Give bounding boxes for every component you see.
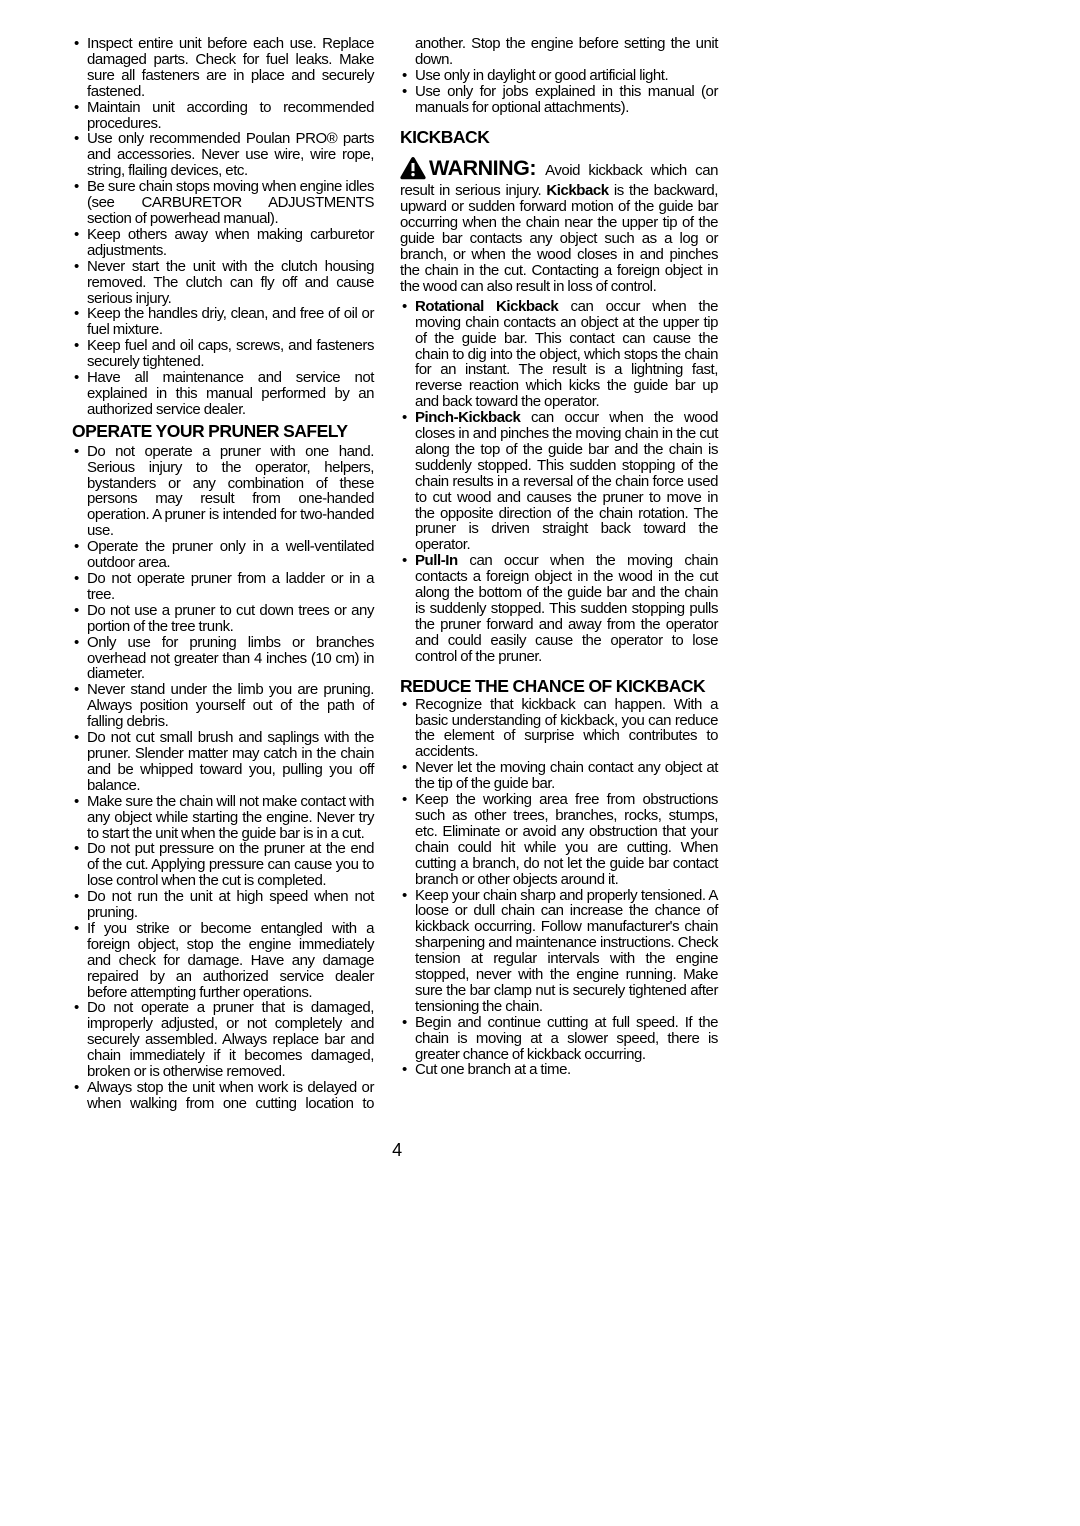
list-item: Make sure the chain will not make contac…	[87, 794, 374, 842]
list-item: Keep the working area free from obstruct…	[415, 792, 718, 887]
list-item: Keep your chain sharp and properly tensi…	[415, 888, 718, 1015]
list-item: Always stop the unit when work is delaye…	[87, 1080, 374, 1112]
kickback-type-text: can occur when the moving chain contacts…	[415, 552, 718, 664]
list-item: Cut one branch at a time.	[415, 1062, 718, 1078]
list-item: Do not cut small brush and saplings with…	[87, 730, 374, 794]
left-column: Inspect entire unit before each use. Rep…	[72, 36, 374, 1112]
continuation-paragraph: another. Stop the engine before setting …	[400, 36, 718, 68]
general-safety-list: Inspect entire unit before each use. Rep…	[72, 36, 374, 418]
list-item: Maintain unit according to recommended p…	[87, 100, 374, 132]
kickback-type-term: Rotational Kickback	[415, 298, 558, 315]
right-column: another. Stop the engine before setting …	[400, 36, 718, 1078]
list-item: Be sure chain stops moving when engine i…	[87, 179, 374, 227]
kickback-type-text: can occur when the moving chain contacts…	[415, 298, 718, 410]
warning-paragraph: WARNING:Avoid kickback which can result …	[400, 156, 718, 295]
kickback-heading: KICKBACK	[400, 127, 718, 147]
kickback-types-list: Rotational Kickback can occur when the m…	[400, 299, 718, 665]
list-item: Do not run the unit at high speed when n…	[87, 889, 374, 921]
kickback-type-term: Pinch-Kickback	[415, 409, 520, 426]
kickback-type-term: Pull-In	[415, 552, 458, 569]
list-item: Pinch-Kickback can occur when the wood c…	[415, 410, 718, 553]
warning-label: WARNING:	[429, 156, 536, 180]
list-item: Rotational Kickback can occur when the m…	[415, 299, 718, 410]
list-item: Use only recommended Poulan PRO® parts a…	[87, 131, 374, 179]
list-item: Do not operate a pruner with one hand. S…	[87, 444, 374, 539]
reduce-kickback-heading: REDUCE THE CHANCE OF KICKBACK	[400, 676, 718, 696]
reduce-kickback-list: Recognize that kickback can happen. With…	[400, 697, 718, 1079]
list-item: Never stand under the limb you are pruni…	[87, 682, 374, 730]
list-item: Do not put pressure on the pruner at the…	[87, 841, 374, 889]
list-item: Do not operate pruner from a ladder or i…	[87, 571, 374, 603]
list-item: Keep others away when making carburetor …	[87, 227, 374, 259]
list-item: Do not use a pruner to cut down trees or…	[87, 603, 374, 635]
page-number: 4	[347, 1140, 447, 1161]
list-item: Never let the moving chain contact any o…	[415, 760, 718, 792]
list-item: Pull-In can occur when the moving chain …	[415, 553, 718, 664]
usage-list: Use only in daylight or good artificial …	[400, 68, 718, 116]
list-item: Keep the handles driy, clean, and free o…	[87, 306, 374, 338]
list-item: Keep fuel and oil caps, screws, and fast…	[87, 338, 374, 370]
list-item: Operate the pruner only in a well-ventil…	[87, 539, 374, 571]
manual-page: Inspect entire unit before each use. Rep…	[0, 0, 1080, 1526]
list-item: Recognize that kickback can happen. With…	[415, 697, 718, 761]
operate-safely-heading: OPERATE YOUR PRUNER SAFELY	[72, 421, 374, 441]
list-item: Do not operate a pruner that is damaged,…	[87, 1000, 374, 1080]
list-item: Use only in daylight or good artificial …	[415, 68, 718, 84]
list-item: Never start the unit with the clutch hou…	[87, 259, 374, 307]
kickback-type-text: can occur when the wood closes in and pi…	[415, 409, 718, 553]
list-item: Inspect entire unit before each use. Rep…	[87, 36, 374, 100]
list-item: If you strike or become entangled with a…	[87, 921, 374, 1001]
list-item: Have all maintenance and service not exp…	[87, 370, 374, 418]
operate-safely-list: Do not operate a pruner with one hand. S…	[72, 444, 374, 1112]
warning-triangle-icon	[400, 156, 426, 184]
list-item: Begin and continue cutting at full speed…	[415, 1015, 718, 1063]
warning-bold-term: Kickback	[546, 182, 608, 199]
warning-text-body: is the backward, upward or sudden forwar…	[400, 182, 718, 294]
list-item: Use only for jobs explained in this manu…	[415, 84, 718, 116]
list-item: Only use for pruning limbs or branches o…	[87, 635, 374, 683]
